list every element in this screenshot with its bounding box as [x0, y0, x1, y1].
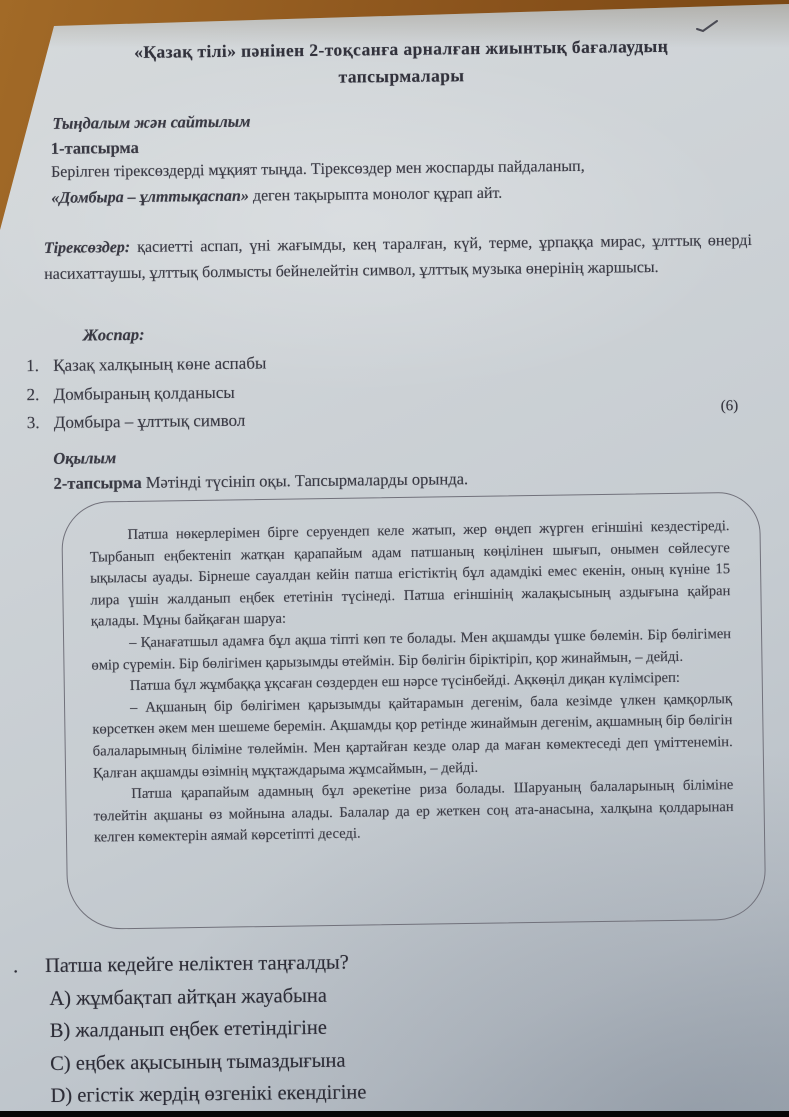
question-text: Патша кедейге неліктен таңғалды? [45, 952, 349, 977]
question-line: .Патша кедейге неліктен таңғалды? [11, 946, 365, 983]
question-number-prefix: . [11, 950, 45, 983]
answer-option-d: D) егістік жердің өзгенікі екендігіне [50, 1076, 366, 1112]
photo-bottom-edge [0, 1111, 789, 1117]
score-badge: (6) [721, 398, 739, 415]
plan-item: 3.Домбыра – ұлттық символ [27, 406, 267, 437]
task2-instruction-text: Мәтінді түсініп оқы. Тапсырмаларды орынд… [142, 469, 469, 492]
answer-option-b: В) жалданып еңбек ететіндігіне [50, 1011, 366, 1047]
passage-paragraph: Патша қарапайым адамның бұл әрекетіне ри… [93, 775, 734, 849]
plan-item-text: Домбыраның қолданысы [53, 382, 234, 403]
document-title: «Қазақ тілі» пәнінен 2-тоқсанға арналған… [53, 32, 751, 94]
passage-paragraph: – Ақшаның бір бөлігімен қарызымды қайтар… [92, 689, 733, 785]
keywords-label: Тірексөздер: [44, 239, 131, 257]
task1-label: 1-тапсырма [51, 138, 139, 159]
task1-instruction-line1: Берілген тірексөздерді мұқият тыңда. Тір… [51, 158, 585, 181]
reading-passage-box: Патша нөкерлерімен бірге серуендеп келе … [61, 492, 766, 930]
paper-sheet: «Қазақ тілі» пәнінен 2-тоқсанға арналған… [0, 0, 789, 1117]
task2-instruction: 2-тапсырма Мәтінді түсініп оқы. Тапсырма… [53, 469, 468, 494]
plan-item-text: Домбыра – ұлттық символ [54, 411, 246, 432]
plan-label: Жоспар: [83, 325, 145, 346]
document-content: «Қазақ тілі» пәнінен 2-тоқсанға арналған… [0, 0, 789, 1117]
photo-of-test-paper: «Қазақ тілі» пәнінен 2-тоқсанға арналған… [0, 0, 789, 1117]
task2-label: 2-тапсырма [53, 473, 141, 493]
task1-instruction-line2: деген тақырыпта монолог құрап айт. [249, 185, 503, 205]
task1-topic: «Домбыра – ұлттықаспап» [51, 188, 249, 207]
plan-item-number: 1. [26, 352, 53, 381]
answer-option-c: С) еңбек ақысының тымаздығына [50, 1044, 366, 1080]
reading-section-heading: Оқылым [53, 448, 116, 469]
multiple-choice-question: .Патша кедейге неліктен таңғалды? А) жұм… [11, 946, 367, 1113]
task1-instruction: Берілген тірексөздерді мұқият тыңда. Тір… [51, 152, 717, 212]
keywords-text: қасиетті аспап, үні жағымды, кең таралға… [44, 232, 752, 283]
plan-item-number: 3. [27, 409, 54, 438]
plan-item-number: 2. [26, 380, 53, 409]
answer-option-a: А) жұмбақтап айтқан жауабына [49, 979, 365, 1015]
keywords-paragraph: Тірексөздер: қасиетті аспап, үні жағымды… [44, 228, 753, 288]
plan-item-text: Қазақ халқының көне аспабы [53, 353, 266, 374]
passage-paragraph: Патша нөкерлерімен бірге серуендеп келе … [89, 516, 731, 633]
listening-section-heading: Тыңдалым жән сайтылым [52, 112, 250, 134]
plan-item: 2.Домбыраның қолданысы [26, 378, 266, 409]
plan-list: 1.Қазақ халқының көне аспабы 2.Домбыраны… [26, 349, 267, 437]
plan-item: 1.Қазақ халқының көне аспабы [26, 349, 266, 380]
